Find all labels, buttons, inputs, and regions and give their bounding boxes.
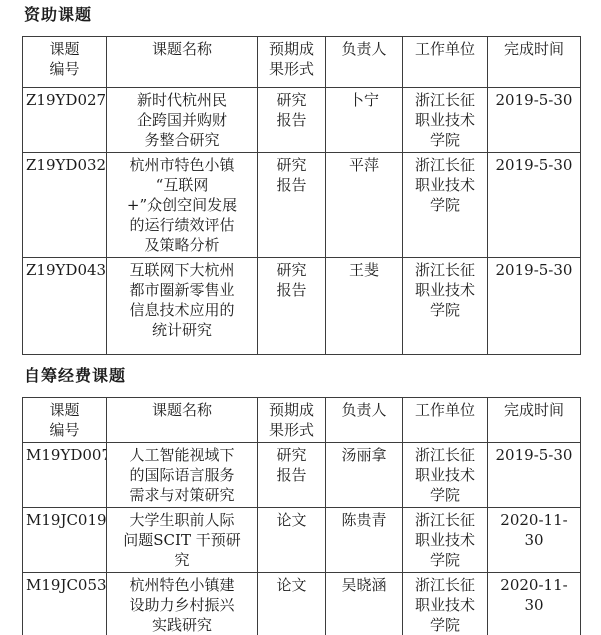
col-header-project-name: 课题名称 [107, 37, 258, 88]
funded-projects-table: 课题 编号 课题名称 预期成 果形式 负责人 工作单位 完成时间 Z19YD02… [22, 36, 581, 355]
cell-work-unit: 浙江长征 职业技术 学院 [403, 88, 488, 153]
funded-projects-heading: 资助课题 [24, 6, 580, 24]
table-row: M19JC053 杭州特色小镇建 设助力乡村振兴 实践研究 论文 吴晓涵 浙江长… [23, 573, 581, 635]
cell-leader: 平萍 [326, 153, 403, 258]
cell-outcome-form: 论文 [258, 573, 326, 635]
col-header-outcome-form: 预期成 果形式 [258, 37, 326, 88]
cell-work-unit: 浙江长征 职业技术 学院 [403, 508, 488, 573]
cell-project-id: M19YD007 [23, 443, 107, 508]
col-header-completion-date: 完成时间 [488, 398, 581, 443]
table-row: Z19YD032 杭州市特色小镇 “互联网 +”众创空间发展 的运行绩效评估 及… [23, 153, 581, 258]
cell-project-name: 杭州市特色小镇 “互联网 +”众创空间发展 的运行绩效评估 及策略分析 [107, 153, 258, 258]
cell-completion-date: 2020-11-30 [488, 508, 581, 573]
table-header-row: 课题 编号 课题名称 预期成 果形式 负责人 工作单位 完成时间 [23, 37, 581, 88]
cell-project-name: 大学生职前人际 问题SCIT 干预研 究 [107, 508, 258, 573]
section-self-funded-projects: 自筹经费课题 课题 编号 课题名称 预期成 果形式 负责人 工作单位 完成时间 … [22, 367, 580, 635]
col-header-project-name: 课题名称 [107, 398, 258, 443]
cell-completion-date: 2020-11-30 [488, 573, 581, 635]
cell-work-unit: 浙江长征 职业技术 学院 [403, 153, 488, 258]
col-header-leader: 负责人 [326, 37, 403, 88]
cell-work-unit: 浙江长征 职业技术 学院 [403, 573, 488, 635]
cell-project-id: M19JC053 [23, 573, 107, 635]
cell-project-id: Z19YD027 [23, 88, 107, 153]
table-row: M19JC019 大学生职前人际 问题SCIT 干预研 究 论文 陈贵青 浙江长… [23, 508, 581, 573]
self-funded-projects-heading: 自筹经费课题 [24, 367, 580, 385]
table-header-row: 课题 编号 课题名称 预期成 果形式 负责人 工作单位 完成时间 [23, 398, 581, 443]
col-header-outcome-form: 预期成 果形式 [258, 398, 326, 443]
cell-project-name: 人工智能视域下 的国际语言服务 需求与对策研究 [107, 443, 258, 508]
document-page: 资助课题 课题 编号 课题名称 预期成 果形式 负责人 工作单位 完成时间 Z1… [0, 0, 601, 635]
table-row: M19YD007 人工智能视域下 的国际语言服务 需求与对策研究 研究 报告 汤… [23, 443, 581, 508]
cell-leader: 卜宁 [326, 88, 403, 153]
cell-work-unit: 浙江长征 职业技术 学院 [403, 443, 488, 508]
cell-leader: 王斐 [326, 258, 403, 355]
section-funded-projects: 资助课题 课题 编号 课题名称 预期成 果形式 负责人 工作单位 完成时间 Z1… [22, 6, 580, 355]
cell-project-id: M19JC019 [23, 508, 107, 573]
cell-leader: 汤丽拿 [326, 443, 403, 508]
cell-project-id: Z19YD032 [23, 153, 107, 258]
cell-completion-date: 2019-5-30 [488, 153, 581, 258]
cell-completion-date: 2019-5-30 [488, 258, 581, 355]
self-funded-projects-table: 课题 编号 课题名称 预期成 果形式 负责人 工作单位 完成时间 M19YD00… [22, 397, 581, 635]
cell-outcome-form: 研究 报告 [258, 258, 326, 355]
cell-project-name: 互联网下大杭州 都市圈新零售业 信息技术应用的 统计研究 [107, 258, 258, 355]
cell-project-id: Z19YD043 [23, 258, 107, 355]
table-row: Z19YD027 新时代杭州民 企跨国并购财 务整合研究 研究 报告 卜宁 浙江… [23, 88, 581, 153]
col-header-work-unit: 工作单位 [403, 37, 488, 88]
cell-leader: 吴晓涵 [326, 573, 403, 635]
cell-project-name: 新时代杭州民 企跨国并购财 务整合研究 [107, 88, 258, 153]
col-header-project-id: 课题 编号 [23, 37, 107, 88]
col-header-project-id: 课题 编号 [23, 398, 107, 443]
table-row: Z19YD043 互联网下大杭州 都市圈新零售业 信息技术应用的 统计研究 研究… [23, 258, 581, 355]
cell-outcome-form: 论文 [258, 508, 326, 573]
cell-work-unit: 浙江长征 职业技术 学院 [403, 258, 488, 355]
col-header-leader: 负责人 [326, 398, 403, 443]
cell-completion-date: 2019-5-30 [488, 88, 581, 153]
cell-outcome-form: 研究 报告 [258, 443, 326, 508]
cell-leader: 陈贵青 [326, 508, 403, 573]
cell-project-name: 杭州特色小镇建 设助力乡村振兴 实践研究 [107, 573, 258, 635]
cell-outcome-form: 研究 报告 [258, 153, 326, 258]
col-header-completion-date: 完成时间 [488, 37, 581, 88]
cell-completion-date: 2019-5-30 [488, 443, 581, 508]
cell-outcome-form: 研究 报告 [258, 88, 326, 153]
col-header-work-unit: 工作单位 [403, 398, 488, 443]
